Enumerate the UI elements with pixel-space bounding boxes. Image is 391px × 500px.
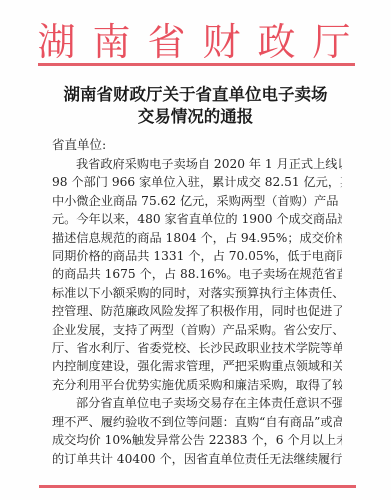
document-title-line-1: 湖南省财政厅关于省直单位电子卖场: [0, 84, 391, 106]
body-line: 我省政府采购电子卖场自 2020 年 1 月正式上线以来，省直: [52, 155, 342, 173]
body-line: 控管理、防范廉政风险发挥了积极作用，同时也促进了中小微: [52, 302, 342, 320]
body-line: 成交均价 10%触发异常公告 22383 个，6 个月以上未验收结算: [52, 431, 342, 449]
body-line: 标准以下小额采购的同时，对落实预算执行主体责任、强化内: [52, 284, 342, 302]
body-line: 的商品共 1675 个，占 88.16%。电子卖场在规范省直单位限额: [52, 265, 342, 283]
body-line: 内控制度建设，强化需求管理，严把采购重点领域和关键环节，: [52, 357, 342, 375]
body-line: 部分省直单位电子卖场交易存在主体责任意识不强、需求管: [52, 394, 342, 412]
body-line: 企业发展，支持了两型（首购）产品采购。省公安厅、省民政: [52, 321, 342, 339]
body-line: 中小微企业商品 75.62 亿元，采购两型（首购）产品 436.97 万: [52, 192, 342, 210]
document-page: 湖南省财政厅 湖南省财政厅关于省直单位电子卖场 交易情况的通报 省直单位: 我省…: [0, 0, 391, 500]
body-line: 98 个部门 966 家单位入驻，累计成交 82.51 亿元，其中：采购: [52, 173, 342, 191]
masthead-title: 湖南省财政厅: [0, 20, 391, 64]
salutation: 省直单位:: [52, 136, 106, 154]
body-line: 厅、省水利厅、省委党校、长沙民政职业技术学院等单位加强: [52, 339, 342, 357]
document-title: 湖南省财政厅关于省直单位电子卖场 交易情况的通报: [0, 84, 391, 128]
masthead-divider: [38, 63, 355, 66]
document-body: 我省政府采购电子卖场自 2020 年 1 月正式上线以来，省直 98 个部门 9…: [52, 155, 342, 468]
footer-divider: [39, 485, 356, 488]
body-line: 元。今年以来，480 家省直单位的 1900 个成交商品巡检结果，: [52, 210, 342, 228]
document-title-line-2: 交易情况的通报: [0, 106, 391, 128]
body-line: 理不严、履约验收不到位等问题：直购“自有商品”或高于平均: [52, 413, 342, 431]
body-line: 同期价格的商品共 1331 个，占 70.05%，低于电商同期价格 10%: [52, 247, 342, 265]
body-line: 充分利用平台优势实施优质采购和廉洁采购，取得了较好成效。: [52, 376, 342, 394]
body-line: 描述信息规范的商品 1804 个，占 94.95%；成交价格低于电商: [52, 229, 342, 247]
body-line: 的订单共计 40400 个，因省直单位责任无法继续履行而中止的: [52, 450, 342, 468]
